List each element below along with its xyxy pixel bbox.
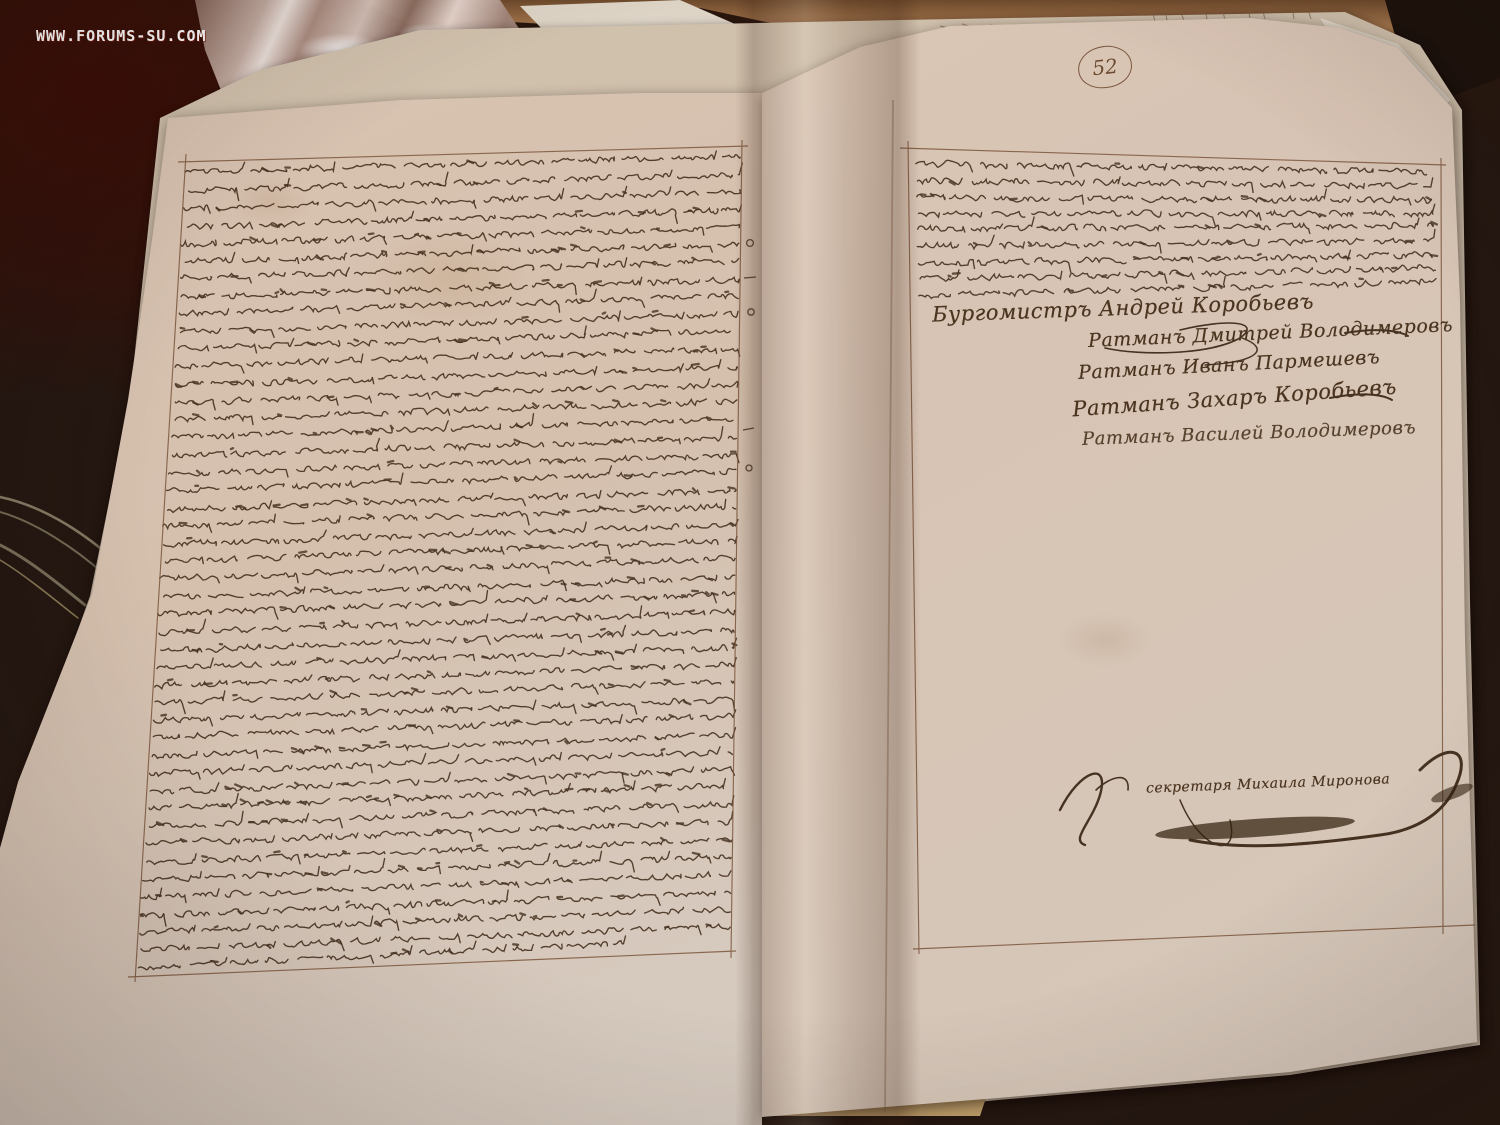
photo-of-manuscript: Бургомистръ Андрей Коробьевъ Ратманъ Дми… xyxy=(0,0,1500,1125)
page-number: 52 xyxy=(1091,54,1119,81)
watermark: WWW.FORUMS-SU.COM xyxy=(36,27,207,45)
